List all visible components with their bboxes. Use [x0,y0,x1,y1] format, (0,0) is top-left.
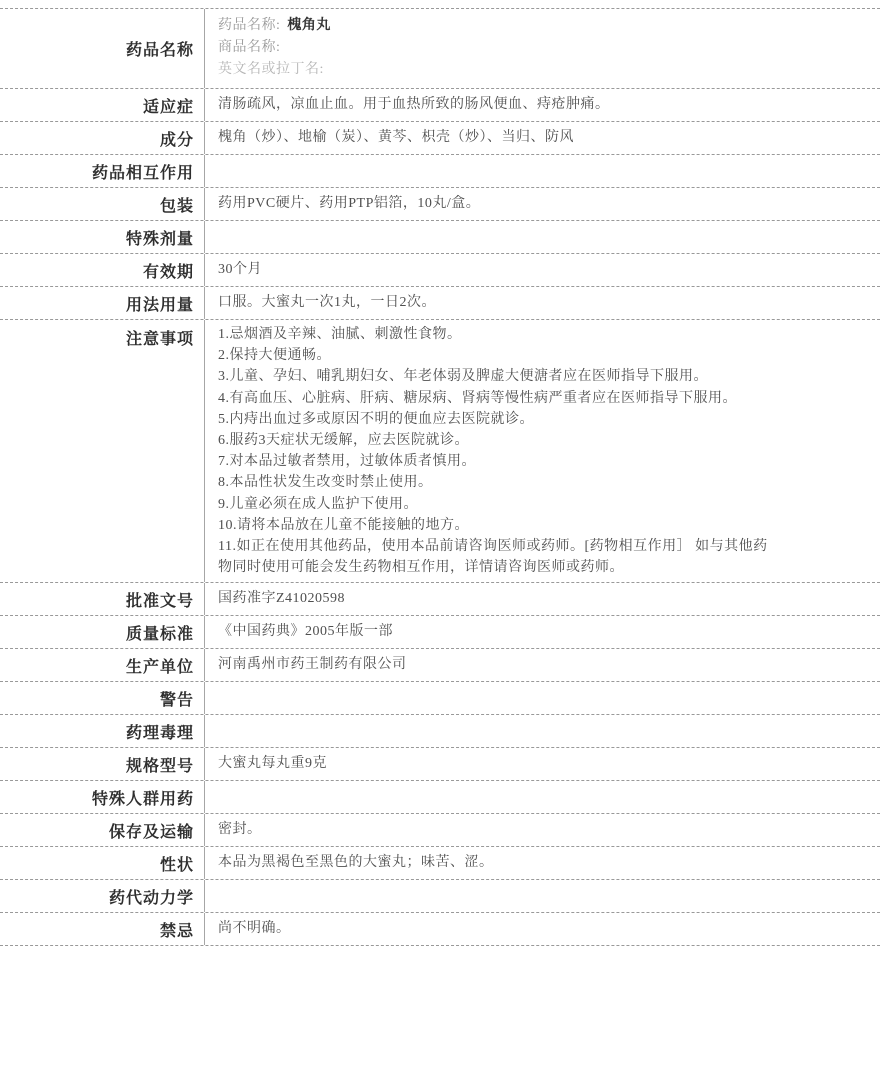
table-row: 质量标准《中国药典》2005年版一部 [0,616,880,649]
table-row: 用法用量口服。大蜜丸一次1丸，一日2次。 [0,287,880,320]
row-label: 注意事项 [0,320,205,582]
row-value: 口服。大蜜丸一次1丸，一日2次。 [205,287,880,319]
note-item: 8.本品性状发生改变时禁止使用。 [218,472,780,493]
table-row: 保存及运输密封。 [0,814,880,847]
row-label: 包装 [0,188,205,220]
row-label: 质量标准 [0,616,205,648]
table-row: 包装药用PVC硬片、药用PTP铝箔，10丸/盒。 [0,188,880,221]
row-value: 密封。 [205,814,880,846]
row-value: 药用PVC硬片、药用PTP铝箔，10丸/盒。 [205,188,880,220]
row-label: 药代动力学 [0,880,205,912]
drug-name-key: 药品名称: [218,18,280,33]
row-value [205,715,880,747]
row-value: 大蜜丸每丸重9克 [205,748,880,780]
table-row: 成分槐角（炒）、地榆（炭）、黄芩、枳壳（炒）、当归、防风 [0,122,880,155]
row-value: 河南禹州市药王制药有限公司 [205,649,880,681]
row-value: 尚不明确。 [205,913,880,945]
latin-name-line: 英文名或拉丁名: [218,59,870,81]
table-row: 性状本品为黑褐色至黑色的大蜜丸；味苦、涩。 [0,847,880,880]
row-value: 《中国药典》2005年版一部 [205,616,880,648]
row-label: 适应症 [0,89,205,121]
row-value: 30个月 [205,254,880,286]
note-item: 10.请将本品放在儿童不能接触的地方。 [218,515,780,536]
note-item: 11.如正在使用其他药品，使用本品前请咨询医师或药师。[药物相互作用］ 如与其他… [218,536,780,578]
row-label: 有效期 [0,254,205,286]
table-row: 适应症清肠疏风，凉血止血。用于血热所致的肠风便血、痔疮肿痛。 [0,89,880,122]
table-row: 批准文号国药准字Z41020598 [0,583,880,616]
row-value: 1.忌烟酒及辛辣、油腻、刺激性食物。2.保持大便通畅。3.儿童、孕妇、哺乳期妇女… [205,320,880,582]
row-value [205,682,880,714]
row-label: 批准文号 [0,583,205,615]
row-label: 成分 [0,122,205,154]
note-item: 4.有高血压、心脏病、肝病、糖尿病、肾病等慢性病严重者应在医师指导下服用。 [218,388,780,409]
note-item: 5.内痔出血过多或原因不明的便血应去医院就诊。 [218,409,780,430]
note-item: 3.儿童、孕妇、哺乳期妇女、年老体弱及脾虚大便溏者应在医师指导下服用。 [218,366,780,387]
table-row: 警告 [0,682,880,715]
table-row: 特殊人群用药 [0,781,880,814]
table-rows-container: 适应症清肠疏风，凉血止血。用于血热所致的肠风便血、痔疮肿痛。成分槐角（炒）、地榆… [0,89,880,946]
row-label: 保存及运输 [0,814,205,846]
row-value [205,880,880,912]
row-value: 本品为黑褐色至黑色的大蜜丸；味苦、涩。 [205,847,880,879]
note-item: 6.服药3天症状无缓解，应去医院就诊。 [218,430,780,451]
row-value: 清肠疏风，凉血止血。用于血热所致的肠风便血、痔疮肿痛。 [205,89,880,121]
row-label: 特殊剂量 [0,221,205,253]
row-value: 槐角（炒）、地榆（炭）、黄芩、枳壳（炒）、当归、防风 [205,122,880,154]
row-label: 药理毒理 [0,715,205,747]
table-row: 药品相互作用 [0,155,880,188]
note-item: 9.儿童必须在成人监护下使用。 [218,494,780,515]
row-value [205,781,880,813]
drug-name-fields: 药品名称:槐角丸 商品名称: 英文名或拉丁名: [205,9,880,88]
row-label: 生产单位 [0,649,205,681]
row-value [205,155,880,187]
table-row: 药理毒理 [0,715,880,748]
row-label-drug-name: 药品名称 [0,9,205,88]
row-label: 用法用量 [0,287,205,319]
drug-info-table: 药品名称 药品名称:槐角丸 商品名称: 英文名或拉丁名: 适应症清肠疏风，凉血止… [0,8,880,946]
table-row: 规格型号大蜜丸每丸重9克 [0,748,880,781]
row-label: 警告 [0,682,205,714]
drug-name-value: 槐角丸 [287,18,331,33]
row-label: 规格型号 [0,748,205,780]
table-row: 药代动力学 [0,880,880,913]
latin-name-key: 英文名或拉丁名: [218,62,324,77]
row-label: 特殊人群用药 [0,781,205,813]
row-label: 禁忌 [0,913,205,945]
table-row-drug-name: 药品名称 药品名称:槐角丸 商品名称: 英文名或拉丁名: [0,9,880,89]
row-label: 性状 [0,847,205,879]
row-value [205,221,880,253]
note-item: 2.保持大便通畅。 [218,345,780,366]
row-label: 药品相互作用 [0,155,205,187]
table-row: 特殊剂量 [0,221,880,254]
table-row: 有效期30个月 [0,254,880,287]
drug-name-line: 药品名称:槐角丸 [218,15,870,37]
note-item: 7.对本品过敏者禁用，过敏体质者慎用。 [218,451,780,472]
trade-name-line: 商品名称: [218,37,870,59]
table-row: 生产单位河南禹州市药王制药有限公司 [0,649,880,682]
table-row: 禁忌尚不明确。 [0,913,880,946]
trade-name-key: 商品名称: [218,40,280,55]
row-value: 国药准字Z41020598 [205,583,880,615]
table-row-notes: 注意事项1.忌烟酒及辛辣、油腻、刺激性食物。2.保持大便通畅。3.儿童、孕妇、哺… [0,320,880,583]
note-item: 1.忌烟酒及辛辣、油腻、刺激性食物。 [218,324,780,345]
